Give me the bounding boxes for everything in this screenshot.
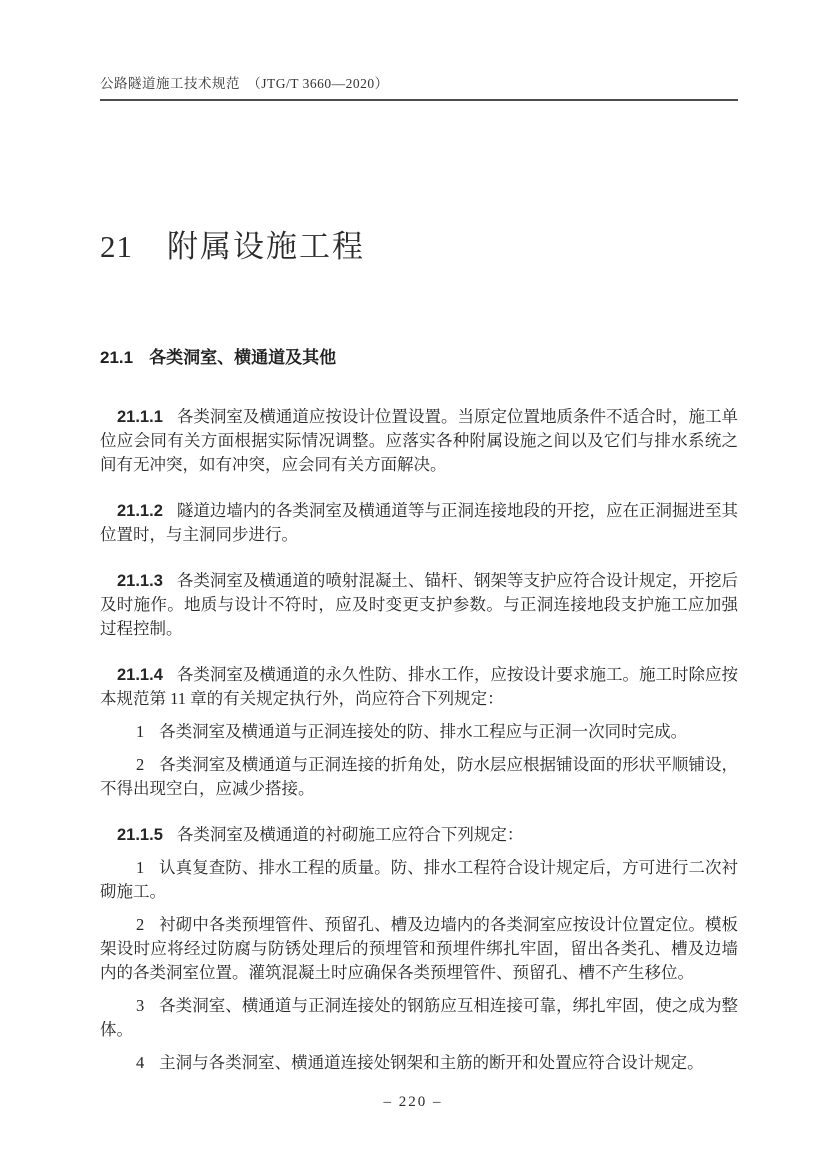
clause-21-1-4: 21.1.4各类洞室及横通道的永久性防、排水工作，应按设计要求施工。施工时除应按…	[100, 663, 738, 711]
clause-number: 21.1.4	[117, 666, 163, 684]
clause-21-1-4-item-2: 2各类洞室及横通道与正洞连接的折角处，防水层应根据铺设面的形状平顺铺设，不得出现…	[100, 753, 738, 801]
running-header-title: 公路隧道施工技术规范 （JTG/T 3660—2020）	[100, 76, 389, 91]
clause-21-1-2: 21.1.2隧道边墙内的各类洞室及横通道等与正洞连接地段的开挖，应在正洞掘进至其…	[100, 499, 738, 547]
item-text: 认真复查防、排水工程的质量。防、排水工程符合设计规定后，方可进行二次衬砌施工。	[100, 858, 738, 901]
item-text: 各类洞室、横通道与正洞连接处的钢筋应互相连接可靠，绑扎牢固，使之成为整体。	[100, 996, 738, 1039]
clause-21-1-5-item-2: 2衬砌中各类预埋管件、预留孔、槽及边墙内的各类洞室应按设计位置定位。模板架设时应…	[100, 913, 738, 985]
section-number: 21.1	[100, 348, 133, 367]
clause-21-1-5: 21.1.5各类洞室及横通道的衬砌施工应符合下列规定：	[100, 823, 738, 847]
clause-text: 各类洞室及横通道的衬砌施工应符合下列规定：	[177, 825, 524, 844]
clause-21-1-1: 21.1.1各类洞室及横通道应按设计位置设置。当原定位置地质条件不适合时，施工单…	[100, 405, 738, 477]
clause-text: 各类洞室及横通道应按设计位置设置。当原定位置地质条件不适合时，施工单位应会同有关…	[100, 407, 738, 474]
clause-number: 21.1.2	[117, 502, 163, 520]
item-text: 各类洞室及横通道与正洞连接的折角处，防水层应根据铺设面的形状平顺铺设，不得出现空…	[100, 755, 738, 798]
section-heading: 21.1各类洞室、横通道及其他	[100, 347, 738, 369]
item-text: 各类洞室及横通道与正洞连接处的防、排水工程应与正洞一次同时完成。	[159, 722, 687, 741]
clause-21-1-5-item-1: 1认真复查防、排水工程的质量。防、排水工程符合设计规定后，方可进行二次衬砌施工。	[100, 856, 738, 904]
chapter-title-text: 附属设施工程	[167, 229, 365, 264]
clause-21-1-5-item-4: 4主洞与各类洞室、横通道连接处钢架和主筋的断开和处置应符合设计规定。	[100, 1051, 738, 1075]
item-number: 1	[136, 722, 144, 741]
item-text: 主洞与各类洞室、横通道连接处钢架和主筋的断开和处置应符合设计规定。	[159, 1053, 704, 1072]
section-body: 21.1.1各类洞室及横通道应按设计位置设置。当原定位置地质条件不适合时，施工单…	[100, 405, 738, 1075]
item-text: 衬砌中各类预埋管件、预留孔、槽及边墙内的各类洞室应按设计位置定位。模板架设时应将…	[100, 915, 738, 982]
item-number: 2	[136, 755, 144, 774]
clause-text: 各类洞室及横通道的喷射混凝土、锚杆、钢架等支护应符合设计规定，开挖后及时施作。地…	[100, 571, 738, 638]
clause-number: 21.1.1	[117, 408, 163, 426]
chapter-title: 21附属设施工程	[100, 229, 738, 265]
clause-21-1-3: 21.1.3各类洞室及横通道的喷射混凝土、锚杆、钢架等支护应符合设计规定，开挖后…	[100, 569, 738, 641]
item-number: 3	[136, 996, 144, 1015]
clause-number: 21.1.5	[117, 826, 163, 844]
clause-21-1-4-item-1: 1各类洞室及横通道与正洞连接处的防、排水工程应与正洞一次同时完成。	[100, 720, 738, 744]
clause-text: 隧道边墙内的各类洞室及横通道等与正洞连接地段的开挖，应在正洞掘进至其位置时，与主…	[100, 501, 738, 544]
clause-21-1-5-item-3: 3各类洞室、横通道与正洞连接处的钢筋应互相连接可靠，绑扎牢固，使之成为整体。	[100, 994, 738, 1042]
item-number: 4	[136, 1053, 144, 1072]
clause-number: 21.1.3	[117, 572, 163, 590]
page-content: 公路隧道施工技术规范 （JTG/T 3660—2020） 21附属设施工程 21…	[0, 0, 826, 1075]
item-number: 1	[136, 858, 144, 877]
item-number: 2	[136, 915, 144, 934]
clause-text: 各类洞室及横通道的永久性防、排水工作，应按设计要求施工。施工时除应按本规范第 1…	[100, 665, 738, 708]
chapter-number: 21	[100, 229, 133, 264]
page-number: – 220 –	[0, 1094, 826, 1111]
running-header: 公路隧道施工技术规范 （JTG/T 3660—2020）	[100, 0, 738, 101]
section-title-text: 各类洞室、横通道及其他	[149, 348, 336, 367]
document-page: 公路隧道施工技术规范 （JTG/T 3660—2020） 21附属设施工程 21…	[0, 0, 826, 1169]
